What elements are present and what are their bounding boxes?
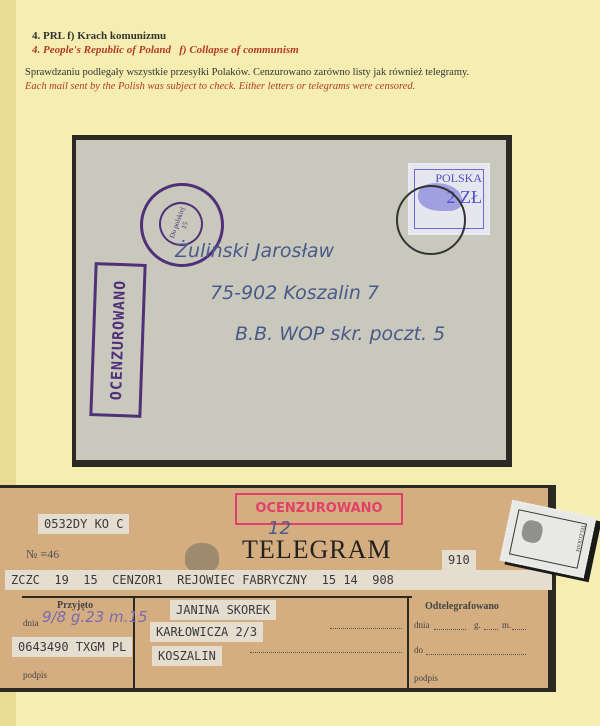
sent-date-label: dnia	[414, 620, 430, 630]
title-english: 4. People's Republic of Poland f) Collap…	[32, 43, 299, 57]
telegram-censor-stamp: OCENZUROWANO	[235, 493, 403, 525]
sent-minute-field	[512, 629, 526, 630]
address-line-3: B.B. WOP skr. poczt. 5	[235, 323, 445, 345]
sent-hour-field	[484, 629, 498, 630]
recipient-street: KARŁOWICZA 2/3	[150, 622, 263, 642]
page-header: 4. PRL f) Krach komunizmu 4. People's Re…	[32, 29, 299, 57]
sent-date-field	[434, 629, 466, 630]
stamp-country: POLSKA	[435, 171, 482, 186]
sent-m-label: m.	[502, 620, 511, 630]
address-line-2: 75-902 Koszalin 7	[210, 282, 379, 304]
sent-to-label: do	[414, 645, 423, 655]
date-handwritten: 9/8 g.23 m.15	[42, 608, 148, 626]
postmark-icon	[396, 185, 466, 255]
address-dotted-line	[250, 652, 402, 653]
divider	[22, 596, 412, 598]
description-english: Each mail sent by the Polish was subject…	[25, 80, 469, 94]
sender-code: 0643490 TXGM PL	[12, 637, 132, 657]
number-value: ≡46	[40, 547, 59, 561]
number-label: №	[26, 547, 37, 561]
divider	[407, 598, 409, 690]
telegram-number: № ≡46	[26, 547, 59, 562]
address-dotted-line	[330, 628, 402, 629]
address-line-1: Żuliński Jarosław	[175, 240, 334, 262]
signature-label: podpis	[23, 670, 47, 680]
eagle-emblem-icon	[185, 543, 219, 573]
recipient-name: JANINA SKOREK	[170, 600, 276, 620]
page-description: Sprawdzaniu podlegały wszystkie przesyłk…	[25, 66, 469, 94]
censor-rect-stamp: OCENZUROWANO	[89, 262, 146, 418]
sent-g-label: g.	[474, 620, 481, 630]
sent-to-field	[426, 654, 526, 655]
sent-signature-label: podpis	[414, 673, 438, 683]
title-polish: 4. PRL f) Krach komunizmu	[32, 29, 299, 43]
description-polish: Sprawdzaniu podlegały wszystkie przesyłk…	[25, 66, 469, 80]
telegram-header-line: ZCZC 19 15 CENZOR1 REJOWIEC FABRYCZNY 15…	[5, 570, 552, 590]
telegram-ref-code: 0532DY KO C	[38, 514, 129, 534]
date-label: dnia	[23, 618, 39, 628]
recipient-city: KOSZALIN	[152, 646, 222, 666]
telegram-title: TELEGRAM	[242, 535, 392, 565]
sent-label: Odtelegrafowano	[425, 601, 499, 612]
code-910: 910	[442, 550, 476, 570]
censor-rect-text: OCENZUROWANO	[107, 280, 129, 401]
